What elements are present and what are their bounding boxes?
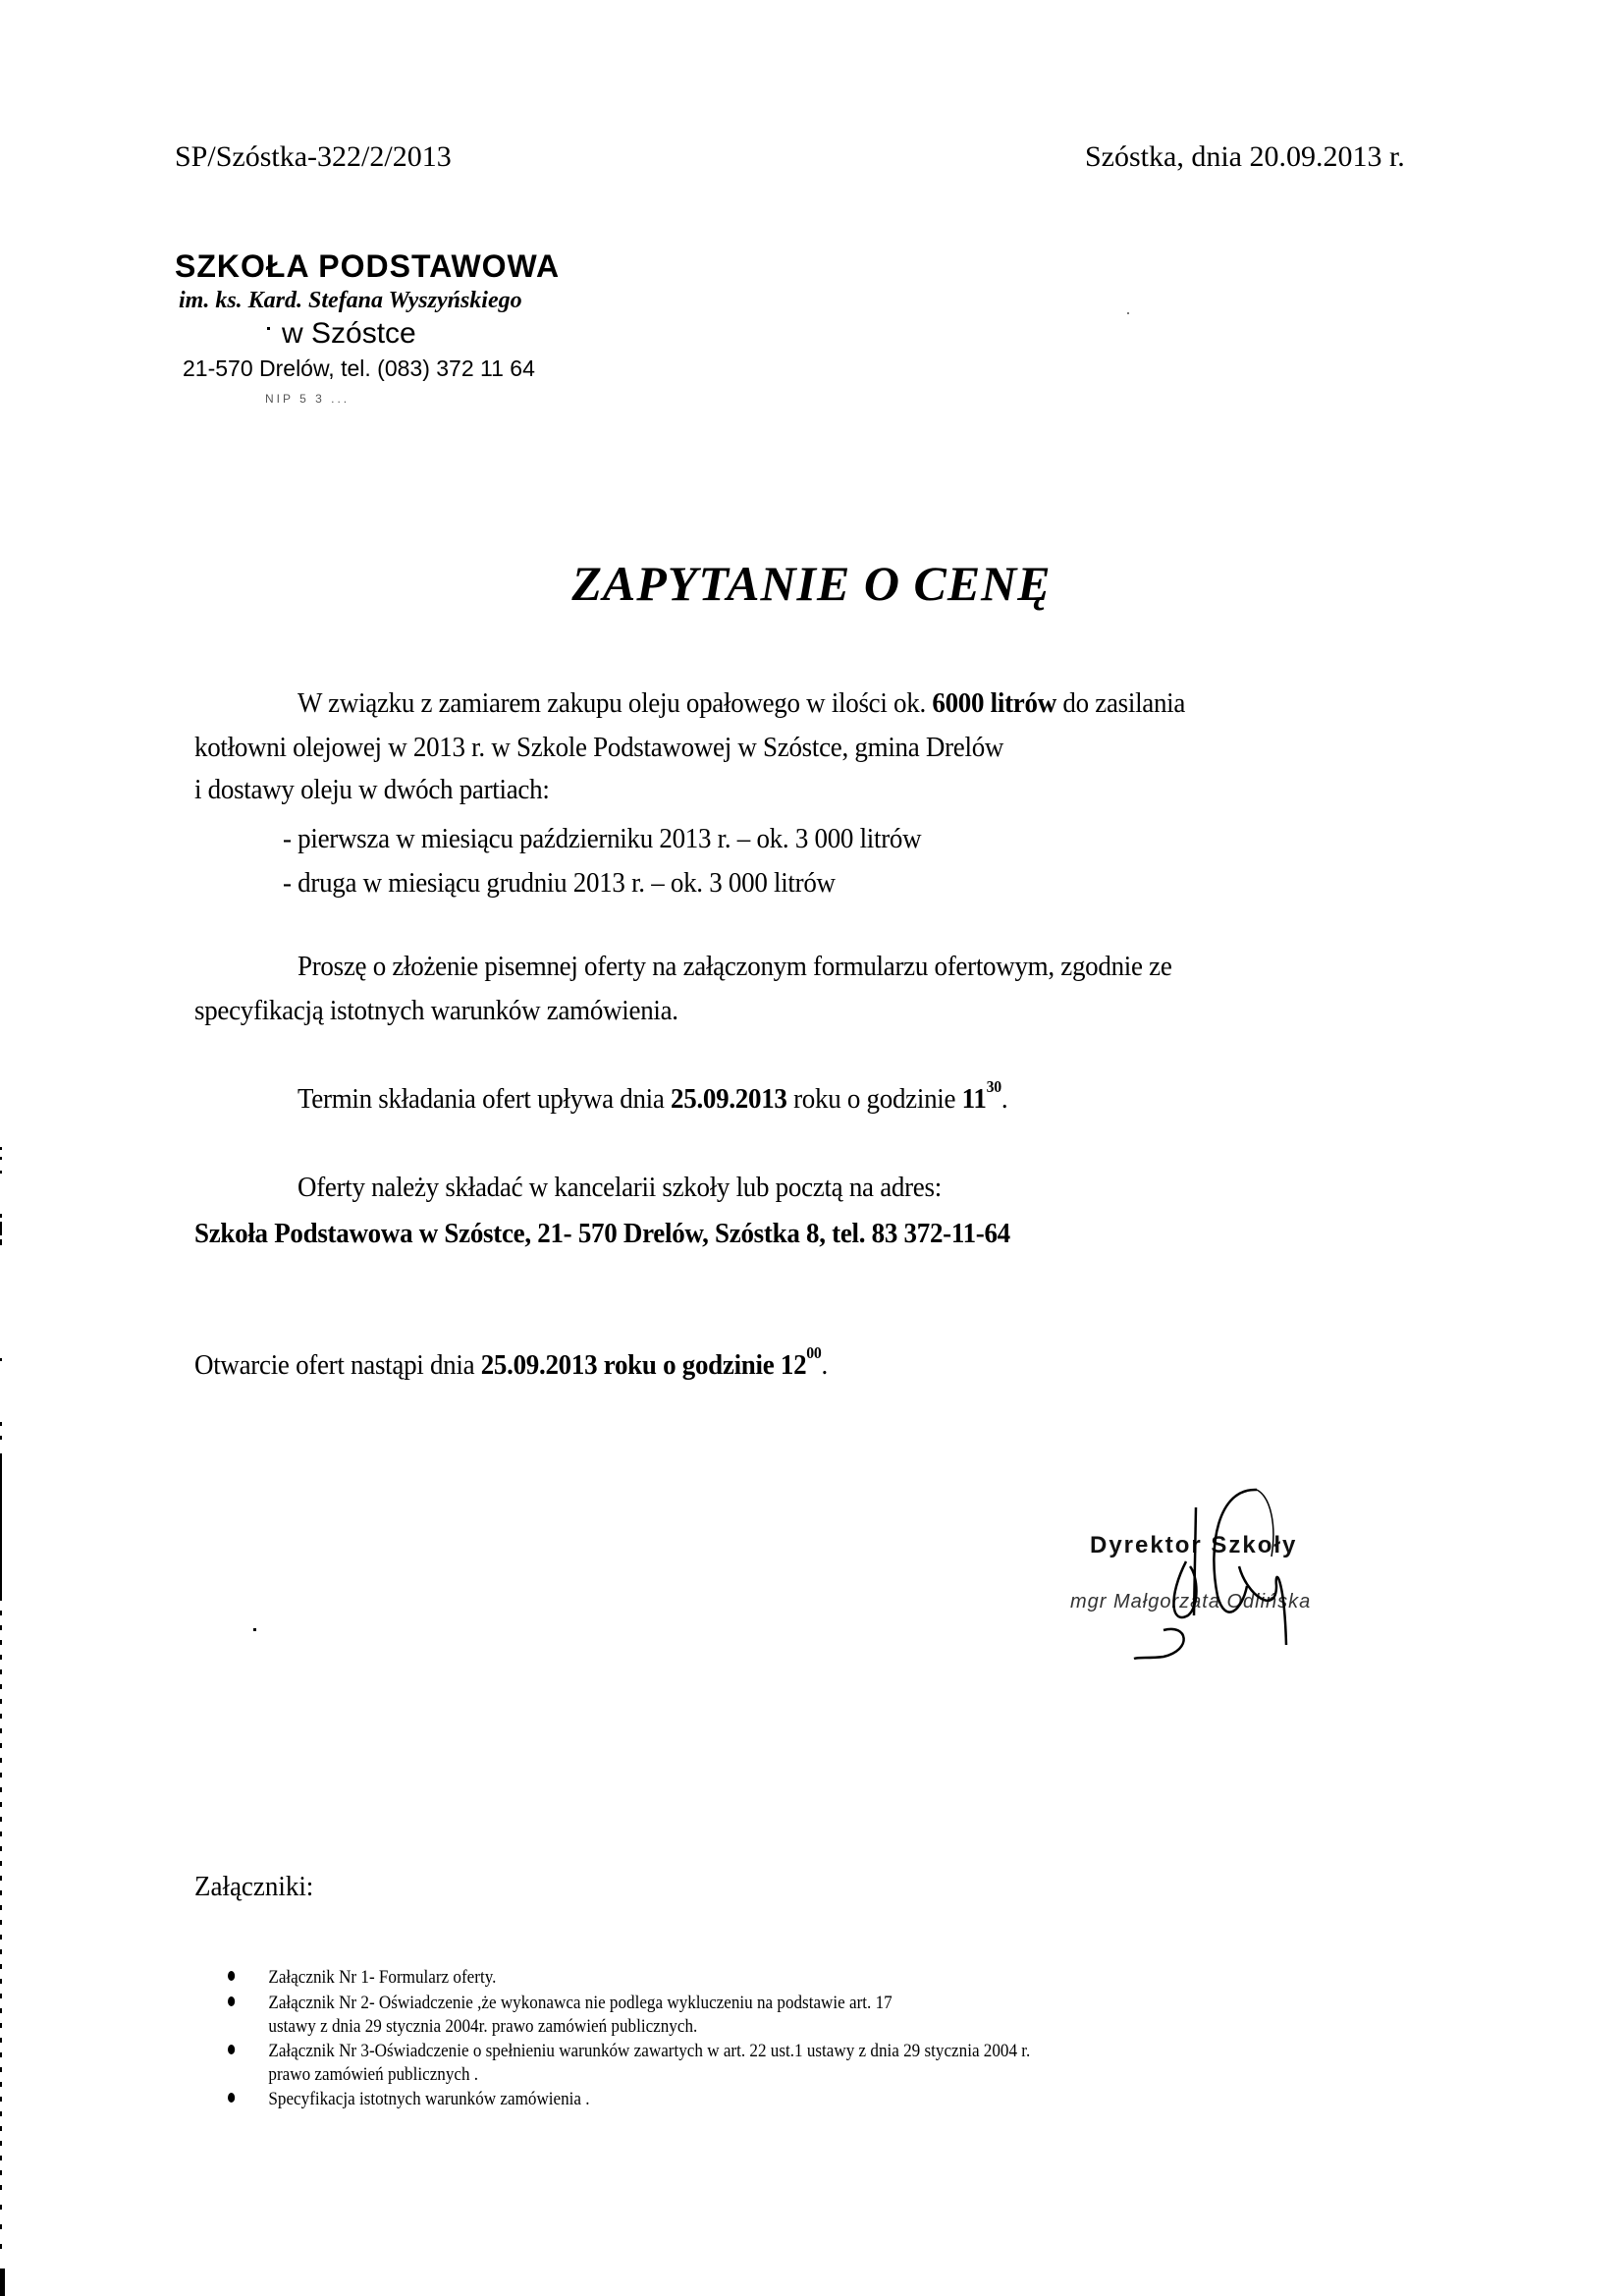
stamp-address: 21-570 Drelów, tel. (083) 372 11 64: [183, 355, 535, 382]
scan-mark: [0, 1596, 2, 1601]
text: .: [822, 1349, 828, 1381]
paragraph-1-line-1: W związku z zamiarem zakupu oleju opałow…: [298, 687, 1185, 720]
scan-mark: [0, 1669, 2, 1674]
attachment-text: Załącznik Nr 2- Oświadczenie ,że wykonaw…: [268, 1992, 892, 2039]
scan-mark: [0, 1728, 2, 1733]
scan-mark: [0, 1876, 2, 1881]
paragraph-1-line-2: kotłowni olejowej w 2013 r. w Szkole Pod…: [194, 732, 1003, 764]
text: .: [1001, 1083, 1007, 1115]
scan-mark: [0, 1861, 2, 1866]
bullet-icon: [228, 2045, 235, 2054]
submission-address: Szkoła Podstawowa w Szóstce, 21- 570 Dre…: [194, 1218, 1010, 1250]
bullet-icon: [228, 1971, 235, 1981]
bullet-icon: [228, 1996, 235, 2006]
reference-number: SP/Szóstka-322/2/2013: [175, 140, 452, 174]
scan-mark: [0, 2185, 2, 2190]
deadline-date: 25.09.2013: [671, 1083, 787, 1115]
scan-mark: [0, 1214, 2, 1218]
scan-mark: [0, 1743, 2, 1748]
document-title: ZAPYTANIE O CENĘ: [0, 555, 1623, 612]
text: Otwarcie ofert nastąpi dnia: [194, 1349, 481, 1381]
place-date: Szóstka, dnia 20.09.2013 r.: [1085, 140, 1405, 174]
handwritten-signature-icon: [1109, 1468, 1365, 1665]
scan-mark: [0, 1699, 2, 1704]
paragraph-2-line-2: specyfikacją istotnych warunków zamówien…: [194, 995, 678, 1027]
scan-mark: [0, 1817, 2, 1822]
scan-mark: [0, 2156, 2, 2160]
scan-mark: [0, 1979, 2, 1984]
bullet-icon: [228, 2093, 235, 2103]
scan-mark: [0, 1920, 2, 1925]
scan-mark: [0, 1787, 2, 1792]
scan-speck: [253, 1628, 256, 1631]
quantity-bold: 6000 litrów: [932, 687, 1056, 719]
scan-mark: [0, 1453, 2, 1601]
scan-mark: [0, 1994, 2, 1998]
deadline-minutes: 30: [987, 1077, 1001, 1096]
text: roku o godzinie: [787, 1083, 962, 1115]
stamp-town: w Szóstce: [282, 317, 416, 351]
delivery-item: - pierwsza w miesiącu październiku 2013 …: [283, 823, 921, 855]
scan-mark: [0, 1714, 2, 1719]
attachment-line: Załącznik Nr 2- Oświadczenie ,że wykonaw…: [268, 1992, 892, 2015]
scan-mark: [0, 1358, 2, 1361]
attachment-line: Specyfikacja istotnych warunków zamówien…: [268, 2088, 589, 2111]
scan-mark: [0, 1935, 2, 1940]
scan-mark: [0, 1773, 2, 1777]
scan-mark: [0, 1949, 2, 1954]
scan-mark: [0, 2170, 2, 2175]
scan-mark: [0, 1802, 2, 1807]
text: Termin składania ofert upływa dnia: [298, 1083, 671, 1115]
opening-paragraph: Otwarcie ofert nastąpi dnia 25.09.2013 r…: [194, 1349, 828, 1382]
scan-mark: [0, 2082, 2, 2087]
scan-mark: [0, 1890, 2, 1895]
scan-mark: [0, 1611, 2, 1615]
scan-mark: [0, 2038, 2, 2043]
deadline-paragraph: Termin składania ofert upływa dnia 25.09…: [298, 1083, 1007, 1116]
deadline-hour: 11: [962, 1083, 987, 1115]
opening-date-time: 25.09.2013 roku o godzinie 12: [481, 1349, 807, 1381]
scan-mark: [0, 1422, 2, 1426]
scan-mark: [0, 2052, 2, 2057]
attachments-heading: Załączniki:: [194, 1871, 313, 1903]
stamp-nip: NIP 5 3 ...: [265, 392, 350, 406]
scan-mark: [0, 1640, 2, 1645]
scan-mark: [0, 2111, 2, 2116]
scan-mark: [0, 1964, 2, 1969]
attachment-line: ustawy z dnia 29 stycznia 2004r. prawo z…: [268, 2015, 892, 2039]
scan-mark: [0, 2244, 2, 2249]
scan-mark: [0, 1583, 2, 1588]
scan-mark: [0, 1831, 2, 1836]
scan-mark: [0, 1846, 2, 1851]
scan-mark: [0, 2067, 2, 2072]
scan-mark: [0, 1222, 2, 1235]
scan-mark: [0, 1157, 2, 1160]
attachment-text: Załącznik Nr 1- Formularz oferty.: [268, 1966, 496, 1990]
scan-mark: [0, 1758, 2, 1763]
attachment-text: Specyfikacja istotnych warunków zamówien…: [268, 2088, 589, 2111]
attachment-line: prawo zamówień publicznych .: [268, 2063, 1030, 2087]
scan-mark: [0, 1625, 2, 1630]
attachment-line: Załącznik Nr 3-Oświadczenie o spełnieniu…: [268, 2040, 1030, 2063]
scan-mark: [0, 2224, 2, 2229]
stamp-patron: im. ks. Kard. Stefana Wyszyńskiego: [179, 288, 522, 314]
scan-mark: [0, 2126, 2, 2131]
stamp-dot: [267, 327, 270, 330]
paragraph-1-line-3: i dostawy oleju w dwóch partiach:: [194, 774, 550, 806]
delivery-item: - druga w miesiącu grudniu 2013 r. – ok.…: [283, 867, 836, 900]
scan-mark: [0, 2097, 2, 2102]
scan-mark: [0, 1239, 2, 1245]
scan-speck: [1127, 312, 1129, 314]
scan-mark: [0, 2269, 5, 2296]
scan-mark: [0, 2205, 2, 2210]
scan-mark: [0, 1655, 2, 1660]
scan-mark: [0, 1147, 2, 1150]
scan-mark: [0, 2008, 2, 2013]
text: do zasilania: [1056, 687, 1185, 719]
attachment-text: Załącznik Nr 3-Oświadczenie o spełnieniu…: [268, 2040, 1030, 2087]
submission-paragraph: Oferty należy składać w kancelarii szkoł…: [298, 1172, 942, 1204]
scan-mark: [0, 1684, 2, 1689]
scan-mark: [0, 2141, 2, 2146]
opening-minutes: 00: [806, 1343, 821, 1362]
scan-mark: [0, 1905, 2, 1910]
stamp-school-name: SZKOŁA PODSTAWOWA: [175, 248, 560, 285]
text: W związku z zamiarem zakupu oleju opałow…: [298, 687, 932, 719]
attachment-line: Załącznik Nr 1- Formularz oferty.: [268, 1966, 496, 1990]
scan-mark: [0, 1171, 2, 1174]
paragraph-2-line-1: Proszę o złożenie pisemnej oferty na zał…: [298, 951, 1172, 983]
scan-mark: [0, 2023, 2, 2028]
scan-mark: [0, 1436, 2, 1440]
